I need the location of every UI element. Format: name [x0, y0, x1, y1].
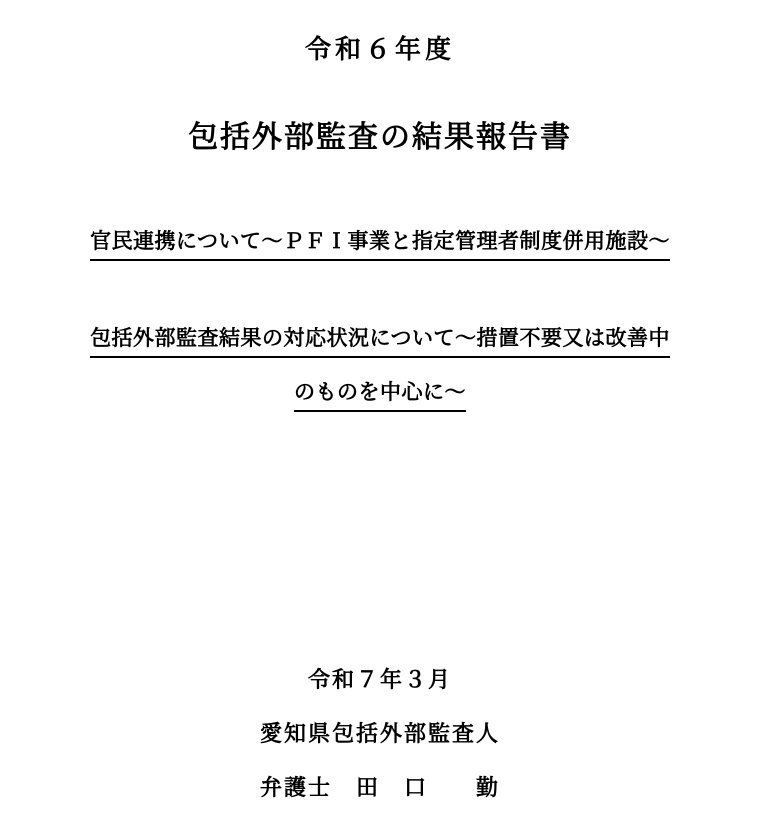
subtitle-followup-line1-text: 包括外部監査結果の対応状況について～措置不要又は改善中 [90, 325, 670, 358]
report-date: 令和７年３月 [0, 666, 760, 693]
signature-block: 令和７年３月 愛知県包括外部監査人 弁護士 田 口 勤 [0, 666, 760, 801]
subtitle-followup-line1-wrap: 包括外部監査結果の対応状況について～措置不要又は改善中 [0, 325, 760, 358]
subtitle-followup-block: 包括外部監査結果の対応状況について～措置不要又は改善中 のものを中心に～ [0, 325, 760, 413]
fiscal-year-heading: 令和６年度 [0, 33, 760, 66]
subtitle-followup-line2-text: のものを中心に～ [294, 379, 466, 412]
subtitle-followup-line2-wrap: のものを中心に～ [0, 379, 760, 412]
subtitle-pfi-line: 官民連携について～ＰＦＩ事業と指定管理者制度併用施設～ [0, 228, 760, 261]
auditor-name: 弁護士 田 口 勤 [0, 774, 760, 801]
auditor-org: 愛知県包括外部監査人 [0, 720, 760, 747]
subtitle-pfi-text: 官民連携について～ＰＦＩ事業と指定管理者制度併用施設～ [90, 228, 670, 261]
report-cover-page: 令和６年度 包括外部監査の結果報告書 官民連携について～ＰＦＩ事業と指定管理者制… [0, 0, 760, 820]
report-title: 包括外部監査の結果報告書 [0, 120, 760, 156]
